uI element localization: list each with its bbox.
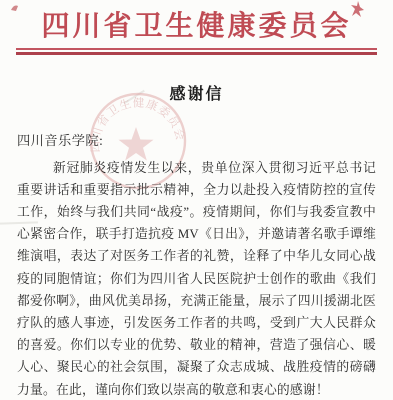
letterhead-rule (16, 48, 377, 55)
letter-title: 感谢信 (0, 81, 393, 104)
rule-thick-line (16, 52, 377, 55)
salutation: 四川音乐学院: (17, 132, 376, 150)
scanned-letter-page: 四川省卫生健康委员会 四川省卫生健康委员会 感谢信 四川音乐学院: 新冠肺炎疫情… (0, 0, 393, 400)
letter-paragraph: 新冠肺炎疫情发生以来，贵单位深入贯彻习近平总书记重要讲话和重要指示批示精神，全力… (17, 157, 376, 400)
org-name: 四川省卫生健康委员会 (0, 9, 393, 45)
letter-body: 四川音乐学院: 新冠肺炎疫情发生以来，贵单位深入贯彻习近平总书记重要讲话和重要指… (17, 132, 376, 400)
letterhead: 四川省卫生健康委员会 (0, 0, 393, 45)
